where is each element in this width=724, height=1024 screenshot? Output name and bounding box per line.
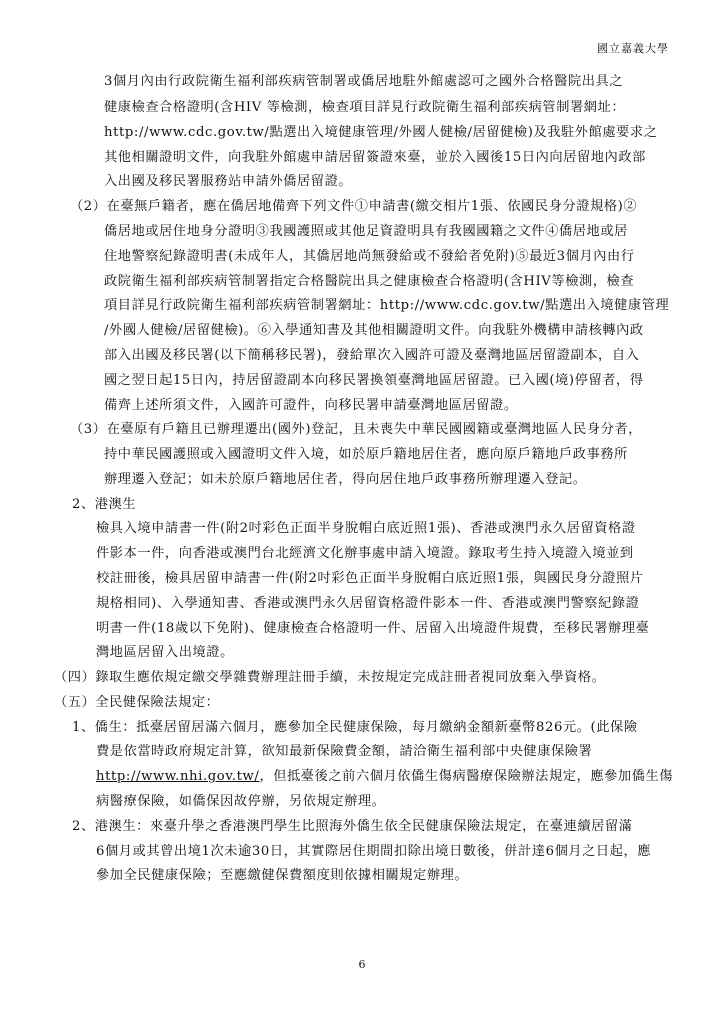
- text-line: 1、僑生：抵臺居留居滿六個月，應參加全民健康保險，每月繳納金額新臺幣826元。(…: [72, 719, 638, 737]
- text-line: 入出國及移民署服務站申請外僑居留證。: [104, 173, 352, 191]
- text-line: http://www.nhi.gov.tw/，但抵臺後之前六個月依僑生傷病醫療保…: [96, 768, 673, 786]
- text-line: 持中華民國護照或入國證明文件入境，如於原戶籍地居住者，應向原戶籍地戶政事務所: [104, 446, 628, 464]
- text-line: （2）在臺無戶籍者，應在僑居地備齊下列文件①申請書(繳交相片1張、依國民身分證規…: [70, 198, 637, 216]
- nhi-link[interactable]: http://www.nhi.gov.tw/: [96, 769, 259, 784]
- text-line: （五）全民健保險法規定：: [54, 694, 219, 712]
- text-line: 2、港澳生：來臺升學之香港澳門學生比照海外僑生依全民健康保險法規定，在臺連續居留…: [72, 818, 633, 836]
- text-line: 灣地區居留入出境證。: [96, 644, 234, 662]
- text-line: 費是依當時政府規定計算，欲知最新保險費金額，請洽衛生福利部中央健康保險署: [96, 743, 592, 761]
- text-line: 檢具入境申請書一件(附2吋彩色正面半身脫帽白底近照1張)、香港或澳門永久居留資格…: [96, 520, 636, 538]
- text-line: /外國人健檢/居留健檢)。⑥入學通知書及其他相關證明文件。向我駐外機構申請核轉內…: [104, 322, 644, 340]
- text-line: 政院衛生福利部疾病管制署指定合格醫院出具之健康檢查合格證明(含HIV等檢測，檢查: [104, 273, 634, 291]
- text-line: http://www.cdc.gov.tw/點選出入境健康管理/外國人健檢/居留…: [104, 124, 658, 142]
- text-line: 2、港澳生: [72, 496, 136, 514]
- text-line: 參加全民健康保險；至應繳健保費額度則依據相關規定辦理。: [96, 867, 468, 885]
- text-line: 住地警察紀錄證明書(未成年人，其僑居地尚無發給或不發給者免附)⑤最近3個月內由行: [104, 248, 635, 266]
- text-line: 件影本一件，向香港或澳門台北經濟文化辦事處申請入境證。錄取考生持入境證入境並到: [96, 545, 634, 563]
- text-line: 僑居地或居住地身分證明③我國護照或其他足資證明具有我國國籍之文件④僑居地或居: [104, 223, 628, 241]
- text-line: 備齊上述所須文件，入國許可證件，向移民署申請臺灣地區居留證。: [104, 397, 518, 415]
- text-line: 3個月內由行政院衛生福利部疾病管制署或僑居地駐外館處認可之國外合格醫院出具之: [104, 73, 623, 91]
- text-line: 規格相同)、入學通知書、香港或澳門永久居留資格證件影本一件、香港或澳門警察紀錄證: [96, 595, 639, 613]
- text-line: 國之翌日起15日內，持居留證副本向移民署換領臺灣地區居留證。已入國(境)停留者，…: [104, 372, 644, 390]
- text-line: 項目詳見行政院衛生福利部疾病管制署網址：http://www.cdc.gov.t…: [104, 297, 669, 315]
- text-line: 其他相關證明文件，向我駐外館處申請居留簽證來臺，並於入國後15日內向居留地內政部: [104, 149, 646, 167]
- text-line: （四）錄取生應依規定繳交學雜費辦理註冊手續，未按規定完成註冊者視同放棄入學資格。: [54, 669, 606, 687]
- text-line: 明書一件(18歲以下免附)、健康檢查合格證明一件、居留入出境證件規費，至移民署辦…: [96, 620, 649, 638]
- page-number: 6: [0, 958, 724, 971]
- text-line: 6個月或其曾出境1次未逾30日，其實際居住期間扣除出境日數後，併計達6個月之日起…: [96, 843, 651, 861]
- text-line: 辦理遷入登記；如未於原戶籍地居住者，得向居住地戶政事務所辦理遷入登記。: [104, 471, 587, 489]
- text-line: 病醫療保險，如僑保因故停辦，另依規定辦理。: [96, 793, 386, 811]
- institution-header: 國立嘉義大學: [597, 40, 669, 56]
- text-line: 部入出國及移民署(以下簡稱移民署)，發給單次入國許可證及臺灣地區居留證副本，自入: [104, 347, 639, 365]
- text-line: 校註冊後，檢具居留申請書一件(附2吋彩色正面半身脫帽白底近照1張，與國民身分證照…: [96, 570, 644, 588]
- text-line: 健康檢查合格證明(含HIV 等檢測，檢查項目詳見行政院衛生福利部疾病管制署網址：: [104, 99, 625, 117]
- text-line: （3）在臺原有戶籍且已辦理遷出(國外)登記，且未喪失中華民國國籍或臺灣地區人民身…: [70, 421, 642, 439]
